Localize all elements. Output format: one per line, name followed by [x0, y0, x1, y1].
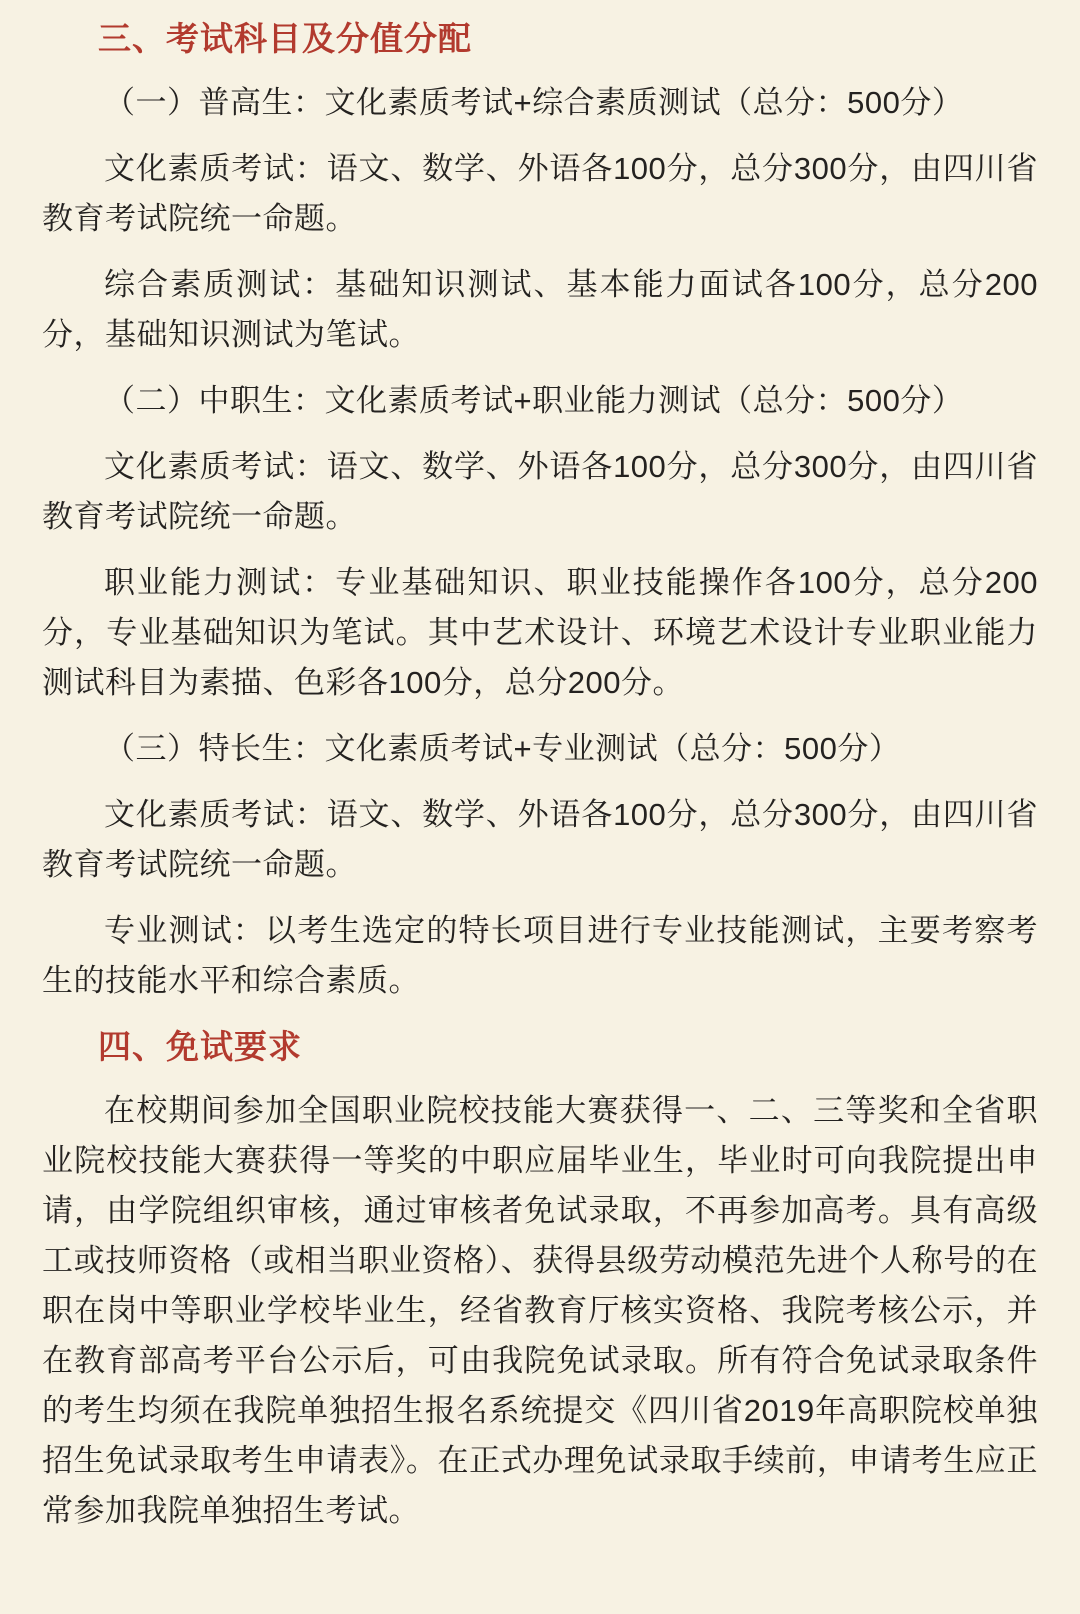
subheading-general-hs-students: （一）普高生：文化素质考试+综合素质测试（总分：500分） [42, 78, 1038, 128]
section-heading-exam-subjects: 三、考试科目及分值分配 [98, 14, 1038, 64]
subheading-secondary-vocational-students: （二）中职生：文化素质考试+职业能力测试（总分：500分） [42, 376, 1038, 426]
paragraph-exemption-requirements: 在校期间参加全国职业院校技能大赛获得一、二、三等奖和全省职业院校技能大赛获得一等… [42, 1086, 1038, 1536]
paragraph-culture-exam-general: 文化素质考试：语文、数学、外语各100分，总分300分，由四川省教育考试院统一命… [42, 144, 1038, 244]
section-heading-exemption-requirements: 四、免试要求 [98, 1022, 1038, 1072]
paragraph-comprehensive-quality-test: 综合素质测试：基础知识测试、基本能力面试各100分，总分200分，基础知识测试为… [42, 260, 1038, 360]
admission-notice-document: 三、考试科目及分值分配 （一）普高生：文化素质考试+综合素质测试（总分：500分… [0, 0, 1080, 1536]
paragraph-culture-exam-vocational: 文化素质考试：语文、数学、外语各100分，总分300分，由四川省教育考试院统一命… [42, 442, 1038, 542]
subheading-special-talent-students: （三）特长生：文化素质考试+专业测试（总分：500分） [42, 724, 1038, 774]
paragraph-vocational-ability-test: 职业能力测试：专业基础知识、职业技能操作各100分，总分200分，专业基础知识为… [42, 558, 1038, 708]
paragraph-culture-exam-talent: 文化素质考试：语文、数学、外语各100分，总分300分，由四川省教育考试院统一命… [42, 790, 1038, 890]
paragraph-professional-test: 专业测试：以考生选定的特长项目进行专业技能测试，主要考察考生的技能水平和综合素质… [42, 906, 1038, 1006]
